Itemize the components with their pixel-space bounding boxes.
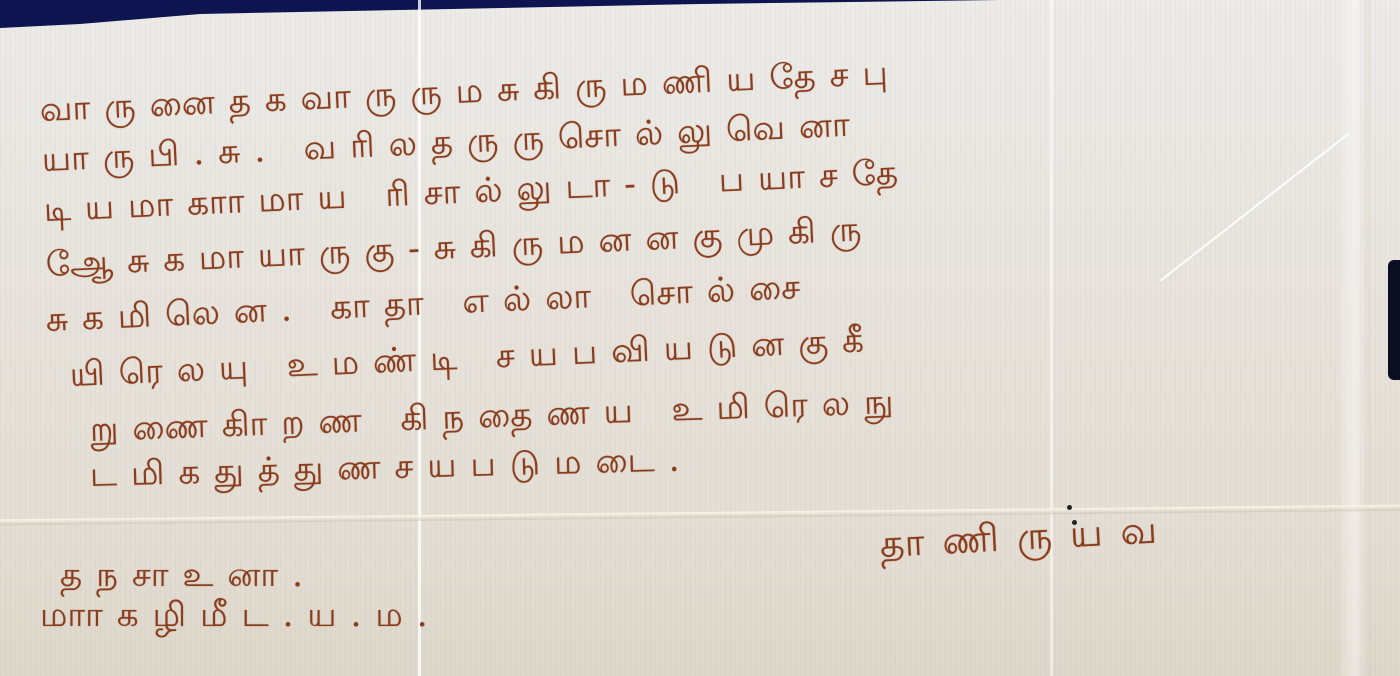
ink-blot xyxy=(1067,505,1072,510)
closing-line: தநசாஉனா. xyxy=(60,555,317,599)
fold-crease-vertical xyxy=(1050,0,1053,676)
page-edge-shadow xyxy=(1388,260,1400,380)
closing-line: மாாகழிமீட.ய.ம. xyxy=(40,595,442,639)
fold-crease-vertical xyxy=(1340,0,1370,676)
ink-blot xyxy=(1072,520,1077,525)
